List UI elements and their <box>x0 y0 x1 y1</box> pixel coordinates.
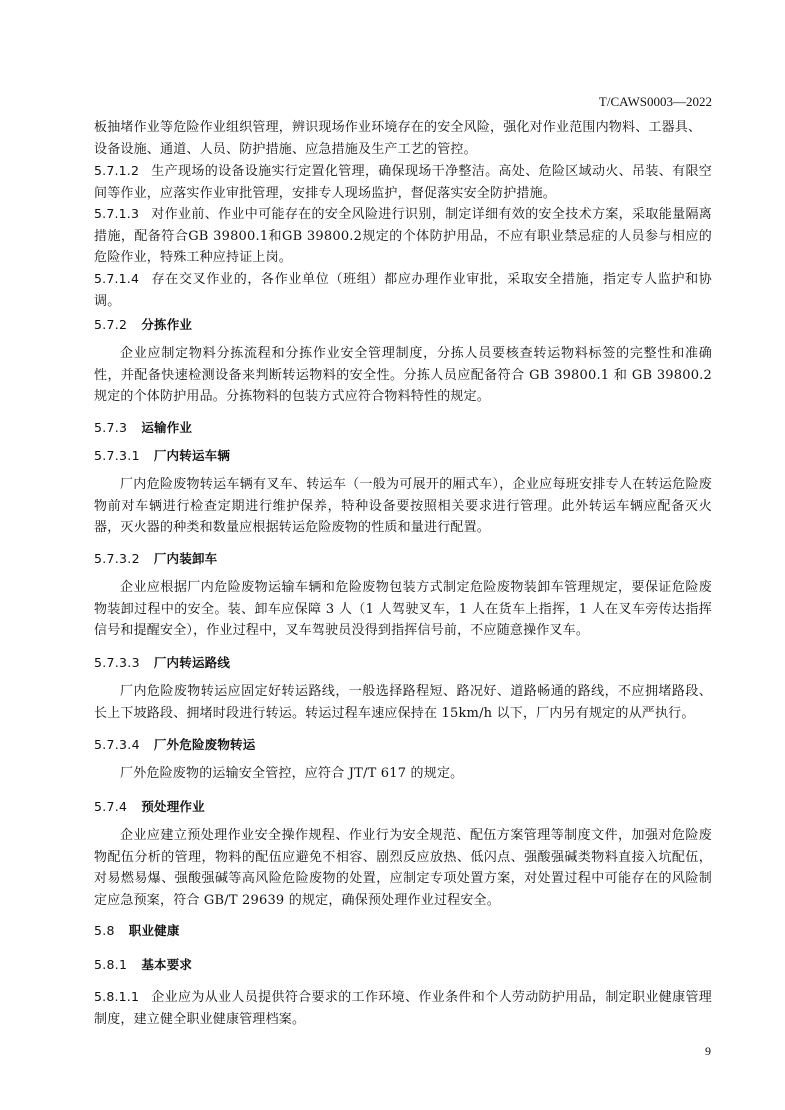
heading-5-7-3: 5.7.3运输作业 <box>94 418 712 438</box>
heading-number: 5.7.3.3 <box>94 653 140 673</box>
clause-number: 5.7.1.4 <box>94 271 139 286</box>
clause-text: 生产现场的设备设施实行定置化管理，确保现场干净整洁。高处、危险区域动火、吊装、有… <box>94 164 712 201</box>
heading-title: 厂内转运车辆 <box>154 448 230 463</box>
heading-number: 5.8 <box>94 921 115 941</box>
heading-5-7-3-4: 5.7.3.4厂外危险废物转运 <box>94 735 712 755</box>
heading-number: 5.7.3.2 <box>94 549 140 569</box>
clause-number: 5.8.1.1 <box>94 989 139 1004</box>
heading-number: 5.7.3 <box>94 418 127 438</box>
paragraph-loading-unloading: 企业应根据厂内危险废物运输车辆和危险废物包装方式制定危险废物装卸车管理规定，要保… <box>94 577 712 642</box>
heading-title: 运输作业 <box>141 420 192 435</box>
clause-number: 5.7.1.2 <box>94 163 139 178</box>
clause-text: 对作业前、作业中可能存在的安全风险进行识别，制定详细有效的安全技术方案，采取能量… <box>94 207 712 265</box>
clause-text: 企业应为从业人员提供符合要求的工作环境、作业条件和个人劳动防护用品，制定职业健康… <box>94 990 712 1027</box>
clause-5-7-1-2: 5.7.1.2生产现场的设备设施实行定置化管理，确保现场干净整洁。高处、危险区域… <box>94 160 712 204</box>
heading-5-7-2: 5.7.2分拣作业 <box>94 315 712 335</box>
heading-5-7-3-2: 5.7.3.2厂内装卸车 <box>94 549 712 569</box>
heading-number: 5.8.1 <box>94 955 127 975</box>
paragraph-in-plant-vehicles: 厂内危险废物转运车辆有叉车、转运车（一般为可展开的厢式车），企业应每班安排专人在… <box>94 474 712 539</box>
heading-5-7-4: 5.7.4预处理作业 <box>94 797 712 817</box>
continuation-paragraph: 板抽堵作业等危险作业组织管理，辨识现场作业环境存在的安全风险，强化对作业范围内物… <box>94 117 712 160</box>
heading-number: 5.7.3.1 <box>94 446 140 466</box>
clause-5-8-1-1: 5.8.1.1企业应为从业人员提供符合要求的工作环境、作业条件和个人劳动防护用品… <box>94 986 712 1030</box>
heading-number: 5.7.2 <box>94 315 127 335</box>
paragraph-external-transport: 厂外危险废物的运输安全管控，应符合 JT/T 617 的规定。 <box>94 763 712 785</box>
heading-title: 厂外危险废物转运 <box>154 737 256 752</box>
heading-title: 基本要求 <box>141 957 192 972</box>
heading-5-8: 5.8职业健康 <box>94 921 712 941</box>
clause-5-7-1-3: 5.7.1.3对作业前、作业中可能存在的安全风险进行识别，制定详细有效的安全技术… <box>94 203 712 269</box>
heading-number: 5.7.3.4 <box>94 735 140 755</box>
page-number: 9 <box>705 1044 711 1059</box>
heading-5-7-3-1: 5.7.3.1厂内转运车辆 <box>94 446 712 466</box>
heading-title: 厂内装卸车 <box>154 551 218 566</box>
clause-5-7-1-4: 5.7.1.4存在交叉作业的，各作业单位（班组）都应办理作业审批，采取安全措施，… <box>94 268 712 312</box>
heading-5-8-1: 5.8.1基本要求 <box>94 955 712 975</box>
paragraph-transfer-route: 厂内危险废物转运应固定好转运路线，一般选择路程短、路况好、道路畅通的路线，不应拥… <box>94 681 712 724</box>
paragraph-sorting: 企业应制定物料分拣流程和分拣作业安全管理制度，分拣人员要核查转运物料标签的完整性… <box>94 343 712 408</box>
clause-number: 5.7.1.3 <box>94 206 139 221</box>
paragraph-pretreatment: 企业应建立预处理作业安全操作规程、作业行为安全规范、配伍方案管理等制度文件，加强… <box>94 825 712 911</box>
document-id-header: T/CAWS0003—2022 <box>599 94 712 110</box>
heading-title: 职业健康 <box>129 923 180 938</box>
heading-title: 厂内转运路线 <box>154 655 230 670</box>
heading-title: 预处理作业 <box>141 799 205 814</box>
heading-number: 5.7.4 <box>94 797 127 817</box>
heading-5-7-3-3: 5.7.3.3厂内转运路线 <box>94 653 712 673</box>
clause-text: 存在交叉作业的，各作业单位（班组）都应办理作业审批，采取安全措施，指定专人监护和… <box>94 272 712 309</box>
heading-title: 分拣作业 <box>141 317 192 332</box>
